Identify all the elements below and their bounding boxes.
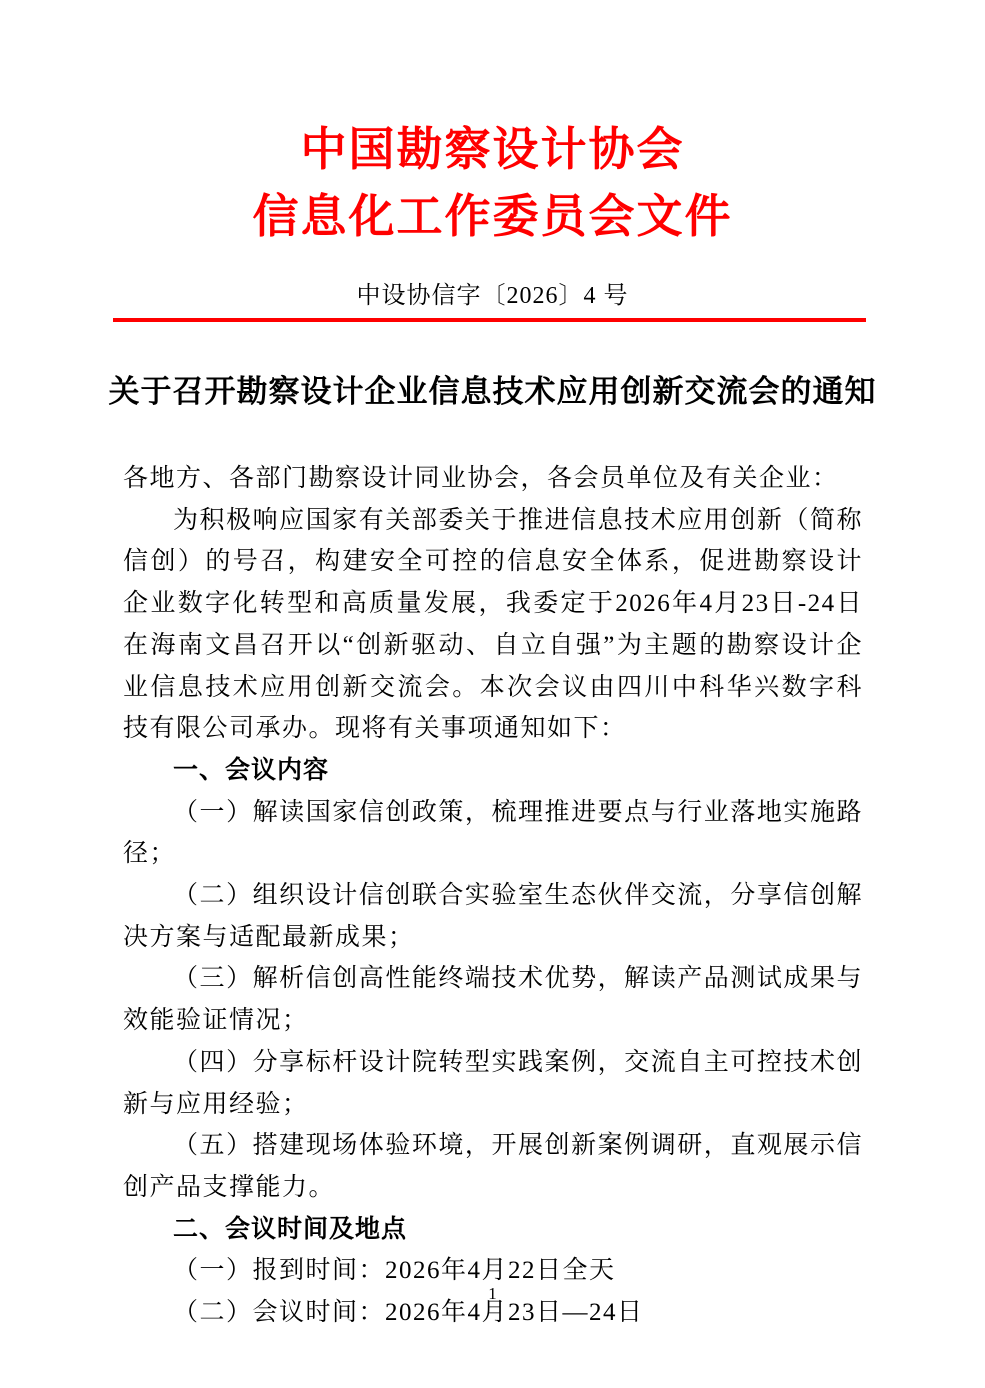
section1-item-4: （四）分享标杆设计院转型实践案例，交流自主可控技术创新与应用经验； xyxy=(123,1042,863,1125)
section1-item-1: （一）解读国家信创政策，梳理推进要点与行业落地实施路径； xyxy=(123,792,863,875)
letterhead-line1: 中国勘察设计协会 xyxy=(0,116,985,183)
document-title: 关于召开勘察设计企业信息技术应用创新交流会的通知 xyxy=(60,371,925,413)
salutation: 各地方、各部门勘察设计同业协会，各会员单位及有关企业： xyxy=(123,458,863,500)
section1-item-3: （三）解析信创高性能终端技术优势，解读产品测试成果与效能验证情况； xyxy=(123,958,863,1041)
section1-item-5: （五）搭建现场体验环境，开展创新案例调研，直观展示信创产品支撑能力。 xyxy=(123,1125,863,1208)
red-divider-rule xyxy=(113,318,866,322)
document-body: 各地方、各部门勘察设计同业协会，各会员单位及有关企业： 为积极响应国家有关部委关… xyxy=(123,458,863,1334)
document-page: 中国勘察设计协会 信息化工作委员会文件 中设协信字〔2026〕4 号 关于召开勘… xyxy=(0,0,985,1388)
section2-heading: 二、会议时间及地点 xyxy=(123,1209,863,1251)
letterhead-line2: 信息化工作委员会文件 xyxy=(0,183,985,250)
section1-item-2: （二）组织设计信创联合实验室生态伙伴交流，分享信创解决方案与适配最新成果； xyxy=(123,875,863,958)
page-number: 1 xyxy=(0,1284,985,1304)
document-number: 中设协信字〔2026〕4 号 xyxy=(0,282,985,310)
letterhead: 中国勘察设计协会 信息化工作委员会文件 xyxy=(0,116,985,250)
intro-paragraph: 为积极响应国家有关部委关于推进信息技术应用创新（简称信创）的号召，构建安全可控的… xyxy=(123,500,863,750)
section1-heading: 一、会议内容 xyxy=(123,750,863,792)
